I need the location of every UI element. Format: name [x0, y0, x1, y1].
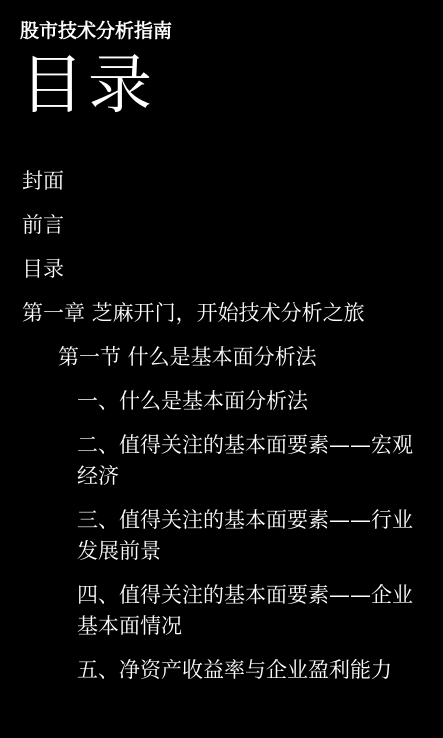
- book-title: 股市技术分析指南: [20, 18, 172, 44]
- toc-item-cover[interactable]: 封面: [0, 166, 443, 197]
- page-title: 目录: [20, 46, 156, 126]
- toc-item-section-1[interactable]: 第一节 什么是基本面分析法: [0, 342, 443, 373]
- toc-item-chapter-1[interactable]: 第一章 芝麻开门，开始技术分析之旅: [0, 298, 443, 329]
- toc-item-preface[interactable]: 前言: [0, 210, 443, 241]
- toc-item-contents[interactable]: 目录: [0, 254, 443, 285]
- toc-list: 封面 前言 目录 第一章 芝麻开门，开始技术分析之旅 第一节 什么是基本面分析法…: [0, 166, 443, 699]
- toc-item-subsection-3[interactable]: 三、值得关注的基本面要素——行业发展前景: [0, 505, 443, 567]
- toc-item-subsection-1[interactable]: 一、什么是基本面分析法: [0, 386, 443, 417]
- toc-item-subsection-2[interactable]: 二、值得关注的基本面要素——宏观经济: [0, 430, 443, 492]
- toc-item-subsection-4[interactable]: 四、值得关注的基本面要素——企业基本面情况: [0, 580, 443, 642]
- toc-item-subsection-5[interactable]: 五、净资产收益率与企业盈利能力: [0, 655, 443, 686]
- toc-screen: 股市技术分析指南 目录 封面 前言 目录 第一章 芝麻开门，开始技术分析之旅 第…: [0, 0, 443, 738]
